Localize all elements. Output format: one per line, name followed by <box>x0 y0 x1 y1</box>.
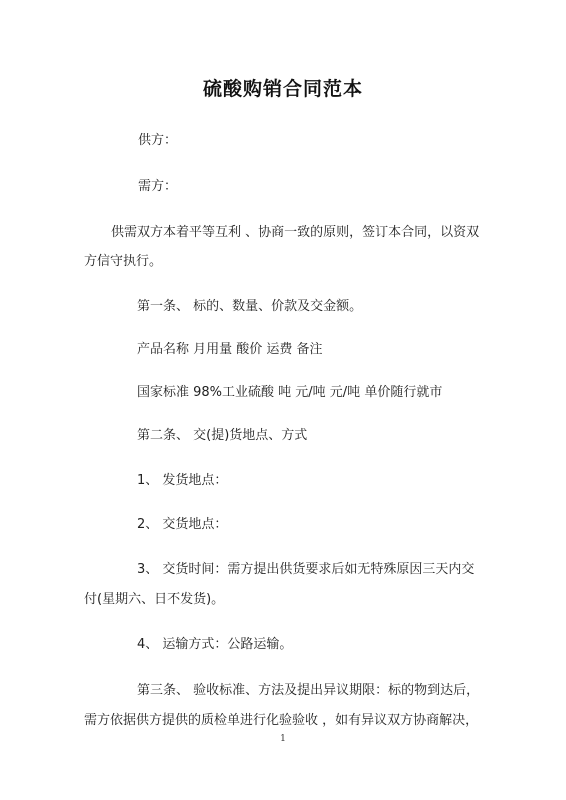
article-2-heading: 第二条、 交(提)货地点、方式 <box>137 428 307 444</box>
product-table-row: 国家标准 98%工业硫酸 吨 元/吨 元/吨 单价随行就市 <box>137 385 442 401</box>
document-page: 硫酸购销合同范本 供方： 需方： 供需双方本着平等互利 、协商一致的原则，签订本… <box>0 0 566 800</box>
delivery-time-item-line-2: 付(星期六、日不发货)。 <box>84 592 224 608</box>
delivery-location-item: 2、 交货地点： <box>137 517 227 533</box>
supplier-label: 供方： <box>138 133 177 149</box>
shipping-location-item: 1、 发货地点： <box>137 473 227 489</box>
page-number: 1 <box>0 734 566 744</box>
preamble-line-1: 供需双方本着平等互利 、协商一致的原则，签订本合同，以资双 <box>111 225 479 241</box>
document-title: 硫酸购销合同范本 <box>0 74 566 101</box>
delivery-time-item-line-1: 3、 交货时间：需方提出供货要求后如无特殊原因三天内交 <box>137 562 474 578</box>
product-table-header: 产品名称 月用量 酸价 运费 备注 <box>137 342 323 358</box>
article-1-heading: 第一条、 标的、数量、价款及交金额。 <box>137 299 362 315</box>
article-3-line-1: 第三条、 验收标准、方法及提出异议期限：标的物到达后， <box>137 683 479 699</box>
preamble-line-2: 方信守执行。 <box>84 254 162 270</box>
transport-method-item: 4、 运输方式：公路运输。 <box>137 637 292 653</box>
article-3-line-2: 需方依据供方提供的质检单进行化验验收 ，如有异议双方协商解决， <box>84 713 478 729</box>
buyer-label: 需方： <box>138 179 177 195</box>
